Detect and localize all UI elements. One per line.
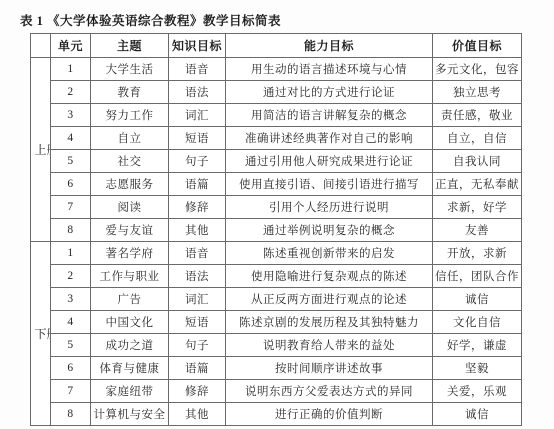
volume-label: 下册	[31, 242, 51, 426]
unit-cell: 7	[51, 196, 91, 219]
knowledge-goal-cell: 词汇	[169, 288, 226, 311]
theme-cell: 大学生活	[91, 58, 169, 81]
value-goal-cell: 开放，求新	[433, 242, 522, 265]
knowledge-goal-cell: 语音	[169, 242, 226, 265]
unit-cell: 1	[51, 242, 91, 265]
table-row: 8计算机与安全其他进行正确的价值判断诚信	[31, 403, 522, 426]
header-ability-goal: 能力目标	[226, 34, 433, 58]
value-goal-cell: 正直，无私奉献	[433, 173, 522, 196]
header-value-goal: 价值目标	[433, 34, 522, 58]
unit-cell: 1	[51, 58, 91, 81]
ability-goal-cell: 通过对比的方式进行论证	[226, 81, 433, 104]
knowledge-goal-cell: 短语	[169, 127, 226, 150]
knowledge-goal-cell: 语篇	[169, 357, 226, 380]
unit-cell: 4	[51, 311, 91, 334]
value-goal-cell: 文化自信	[433, 311, 522, 334]
table-row: 下册1著名学府语音陈述重视创新带来的启发开放，求新	[31, 242, 522, 265]
ability-goal-cell: 引用个人经历进行说明	[226, 196, 433, 219]
knowledge-goal-cell: 其他	[169, 403, 226, 426]
unit-cell: 5	[51, 334, 91, 357]
table-caption: 表 1 《大学体验英语综合教程》教学目标简表	[20, 11, 281, 29]
ability-goal-cell: 准确讲述经典著作对自己的影响	[226, 127, 433, 150]
unit-cell: 3	[51, 288, 91, 311]
value-goal-cell: 信任，团队合作	[433, 265, 522, 288]
value-goal-cell: 责任感，敬业	[433, 104, 522, 127]
table-body: 上册1大学生活语音用生动的语言描述环境与心情多元文化，包容2教育语法通过对比的方…	[31, 58, 522, 426]
value-goal-cell: 自立，自信	[433, 127, 522, 150]
theme-cell: 努力工作	[91, 104, 169, 127]
table-row: 3努力工作词汇用简洁的语言讲解复杂的概念责任感，敬业	[31, 104, 522, 127]
theme-cell: 体育与健康	[91, 357, 169, 380]
ability-goal-cell: 说明东西方父爱表达方式的异同	[226, 380, 433, 403]
theme-cell: 广告	[91, 288, 169, 311]
table-row: 5成功之道句子说明教育给人带来的益处好学，谦虚	[31, 334, 522, 357]
table-header-row: 单元 主题 知识目标 能力目标 价值目标	[31, 34, 522, 58]
table-row: 2教育语法通过对比的方式进行论证独立思考	[31, 81, 522, 104]
ability-goal-cell: 从正反两方面进行观点的论述	[226, 288, 433, 311]
theme-cell: 计算机与安全	[91, 403, 169, 426]
theme-cell: 社交	[91, 150, 169, 173]
unit-cell: 7	[51, 380, 91, 403]
volume-label-text: 上册	[35, 141, 47, 159]
theme-cell: 阅读	[91, 196, 169, 219]
unit-cell: 6	[51, 357, 91, 380]
knowledge-goal-cell: 句子	[169, 150, 226, 173]
table-row: 6体育与健康语篇按时间顺序讲述故事坚毅	[31, 357, 522, 380]
header-volume	[31, 34, 51, 58]
value-goal-cell: 好学，谦虚	[433, 334, 522, 357]
teaching-objectives-table: 单元 主题 知识目标 能力目标 价值目标 上册1大学生活语音用生动的语言描述环境…	[30, 33, 522, 426]
table-row: 2工作与职业语法使用隐喻进行复杂观点的陈述信任，团队合作	[31, 265, 522, 288]
theme-cell: 成功之道	[91, 334, 169, 357]
unit-cell: 5	[51, 150, 91, 173]
knowledge-goal-cell: 句子	[169, 334, 226, 357]
theme-cell: 中国文化	[91, 311, 169, 334]
header-theme: 主题	[91, 34, 169, 58]
ability-goal-cell: 说明教育给人带来的益处	[226, 334, 433, 357]
table-row: 8爱与友谊其他通过举例说明复杂的概念友善	[31, 219, 522, 242]
knowledge-goal-cell: 其他	[169, 219, 226, 242]
ability-goal-cell: 按时间顺序讲述故事	[226, 357, 433, 380]
header-knowledge-goal: 知识目标	[169, 34, 226, 58]
knowledge-goal-cell: 短语	[169, 311, 226, 334]
table-row: 7家庭纽带修辞说明东西方父爱表达方式的异同关爱，乐观	[31, 380, 522, 403]
ability-goal-cell: 陈述京剧的发展历程及其独特魅力	[226, 311, 433, 334]
knowledge-goal-cell: 词汇	[169, 104, 226, 127]
header-unit: 单元	[51, 34, 91, 58]
unit-cell: 2	[51, 265, 91, 288]
unit-cell: 8	[51, 219, 91, 242]
ability-goal-cell: 通过引用他人研究成果进行论证	[226, 150, 433, 173]
table-row: 4中国文化短语陈述京剧的发展历程及其独特魅力文化自信	[31, 311, 522, 334]
unit-cell: 8	[51, 403, 91, 426]
ability-goal-cell: 陈述重视创新带来的启发	[226, 242, 433, 265]
theme-cell: 教育	[91, 81, 169, 104]
theme-cell: 著名学府	[91, 242, 169, 265]
knowledge-goal-cell: 修辞	[169, 196, 226, 219]
theme-cell: 家庭纽带	[91, 380, 169, 403]
value-goal-cell: 多元文化，包容	[433, 58, 522, 81]
knowledge-goal-cell: 语音	[169, 58, 226, 81]
table-row: 5社交句子通过引用他人研究成果进行论证自我认同	[31, 150, 522, 173]
unit-cell: 2	[51, 81, 91, 104]
knowledge-goal-cell: 语法	[169, 81, 226, 104]
ability-goal-cell: 通过举例说明复杂的概念	[226, 219, 433, 242]
ability-goal-cell: 使用隐喻进行复杂观点的陈述	[226, 265, 433, 288]
theme-cell: 志愿服务	[91, 173, 169, 196]
table-row: 3广告词汇从正反两方面进行观点的论述诚信	[31, 288, 522, 311]
unit-cell: 3	[51, 104, 91, 127]
volume-label: 上册	[31, 58, 51, 242]
table-row: 上册1大学生活语音用生动的语言描述环境与心情多元文化，包容	[31, 58, 522, 81]
ability-goal-cell: 进行正确的价值判断	[226, 403, 433, 426]
value-goal-cell: 友善	[433, 219, 522, 242]
value-goal-cell: 诚信	[433, 288, 522, 311]
theme-cell: 自立	[91, 127, 169, 150]
ability-goal-cell: 用生动的语言描述环境与心情	[226, 58, 433, 81]
value-goal-cell: 自我认同	[433, 150, 522, 173]
table-row: 7阅读修辞引用个人经历进行说明求新，好学	[31, 196, 522, 219]
ability-goal-cell: 用简洁的语言讲解复杂的概念	[226, 104, 433, 127]
table-row: 4自立短语准确讲述经典著作对自己的影响自立，自信	[31, 127, 522, 150]
theme-cell: 爱与友谊	[91, 219, 169, 242]
unit-cell: 6	[51, 173, 91, 196]
knowledge-goal-cell: 修辞	[169, 380, 226, 403]
ability-goal-cell: 使用直接引语、间接引语进行描写	[226, 173, 433, 196]
table-row: 6志愿服务语篇使用直接引语、间接引语进行描写正直，无私奉献	[31, 173, 522, 196]
value-goal-cell: 关爱，乐观	[433, 380, 522, 403]
unit-cell: 4	[51, 127, 91, 150]
value-goal-cell: 诚信	[433, 403, 522, 426]
theme-cell: 工作与职业	[91, 265, 169, 288]
value-goal-cell: 独立思考	[433, 81, 522, 104]
volume-label-text: 下册	[35, 325, 47, 343]
value-goal-cell: 坚毅	[433, 357, 522, 380]
knowledge-goal-cell: 语篇	[169, 173, 226, 196]
value-goal-cell: 求新，好学	[433, 196, 522, 219]
knowledge-goal-cell: 语法	[169, 265, 226, 288]
